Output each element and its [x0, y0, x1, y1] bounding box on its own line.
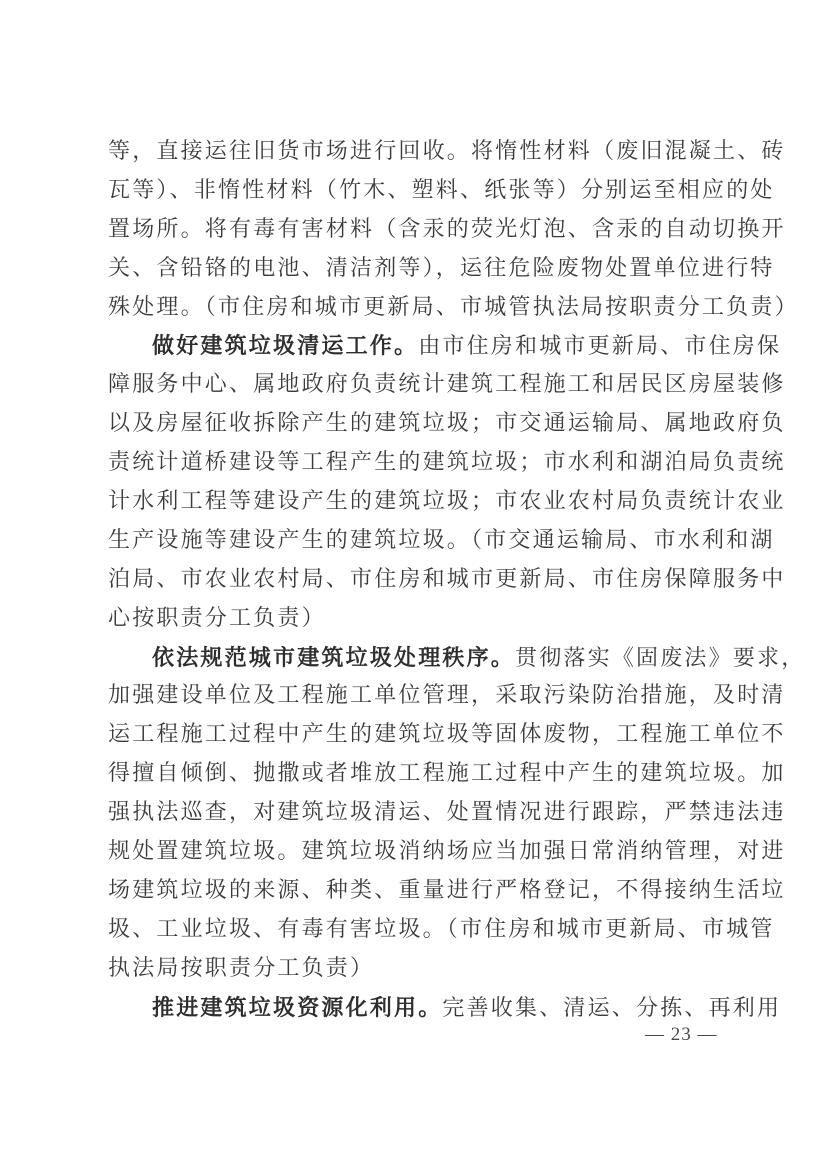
text-line: 泊局、市农业农村局、市住房和城市更新局、市住房保障服务中 [108, 561, 720, 600]
text-span: 由市住房和城市更新局、市住房保 [418, 334, 781, 359]
text-line: 规处置建筑垃圾。建筑垃圾消纳场应当加强日常消纳管理，对进 [108, 833, 720, 872]
section-heading: 依法规范城市建筑垃圾处理秩序。 [152, 645, 515, 671]
text-line: 执法局按职责分工负责） [108, 950, 720, 989]
text-line: 心按职责分工负责） [108, 600, 720, 639]
text-line: 置场所。将有毒有害材料（含汞的荧光灯泡、含汞的自动切换开 [108, 211, 720, 250]
text-span: 贯彻落实《固废法》要求， [515, 646, 805, 671]
section-heading: 做好建筑垃圾清运工作。 [152, 333, 418, 359]
document-page: 等，直接运往旧货市场进行回收。将惰性材料（废旧混凝土、砖 瓦等）、非惰性材料（竹… [108, 133, 720, 1027]
text-line: 得擅自倾倒、抛撒或者堆放工程施工过程中产生的建筑垃圾。加 [108, 755, 720, 794]
text-line: 以及房屋征收拆除产生的建筑垃圾；市交通运输局、属地政府负 [108, 405, 720, 444]
text-line: 圾、工业垃圾、有毒有害垃圾。（市住房和城市更新局、市城管 [108, 911, 720, 950]
text-line: 障服务中心、属地政府负责统计建筑工程施工和居民区房屋装修 [108, 366, 720, 405]
text-line: 场建筑垃圾的来源、种类、重量进行严格登记，不得接纳生活垃 [108, 872, 720, 911]
text-line: 运工程施工过程中产生的建筑垃圾等固体废物，工程施工单位不 [108, 716, 720, 755]
text-line: 计水利工程等建设产生的建筑垃圾；市农业农村局负责统计农业 [108, 483, 720, 522]
text-span: 完善收集、清运、分拣、再利用 [442, 996, 781, 1021]
page-number: — 23 — [645, 1024, 718, 1046]
text-line: 强执法巡查，对建筑垃圾清运、处置情况进行跟踪，严禁违法违 [108, 794, 720, 833]
text-line: 瓦等）、非惰性材料（竹木、塑料、纸张等）分别运至相应的处 [108, 172, 720, 211]
paragraph-start-line: 依法规范城市建筑垃圾处理秩序。贯彻落实《固废法》要求， [108, 639, 720, 678]
text-line: 生产设施等建设产生的建筑垃圾。（市交通运输局、市水利和湖 [108, 522, 720, 561]
text-line: 加强建设单位及工程施工单位管理，采取污染防治措施，及时清 [108, 677, 720, 716]
paragraph-start-line: 推进建筑垃圾资源化利用。完善收集、清运、分拣、再利用 [108, 989, 720, 1028]
text-line: 责统计道桥建设等工程产生的建筑垃圾；市水利和湖泊局负责统 [108, 444, 720, 483]
text-line: 等，直接运往旧货市场进行回收。将惰性材料（废旧混凝土、砖 [108, 133, 720, 172]
text-line: 关、含铅铬的电池、清洁剂等），运往危险废物处置单位进行特 [108, 250, 720, 289]
section-heading: 推进建筑垃圾资源化利用。 [152, 995, 442, 1021]
text-line: 殊处理。（市住房和城市更新局、市城管执法局按职责分工负责） [108, 289, 720, 328]
paragraph-start-line: 做好建筑垃圾清运工作。由市住房和城市更新局、市住房保 [108, 327, 720, 366]
